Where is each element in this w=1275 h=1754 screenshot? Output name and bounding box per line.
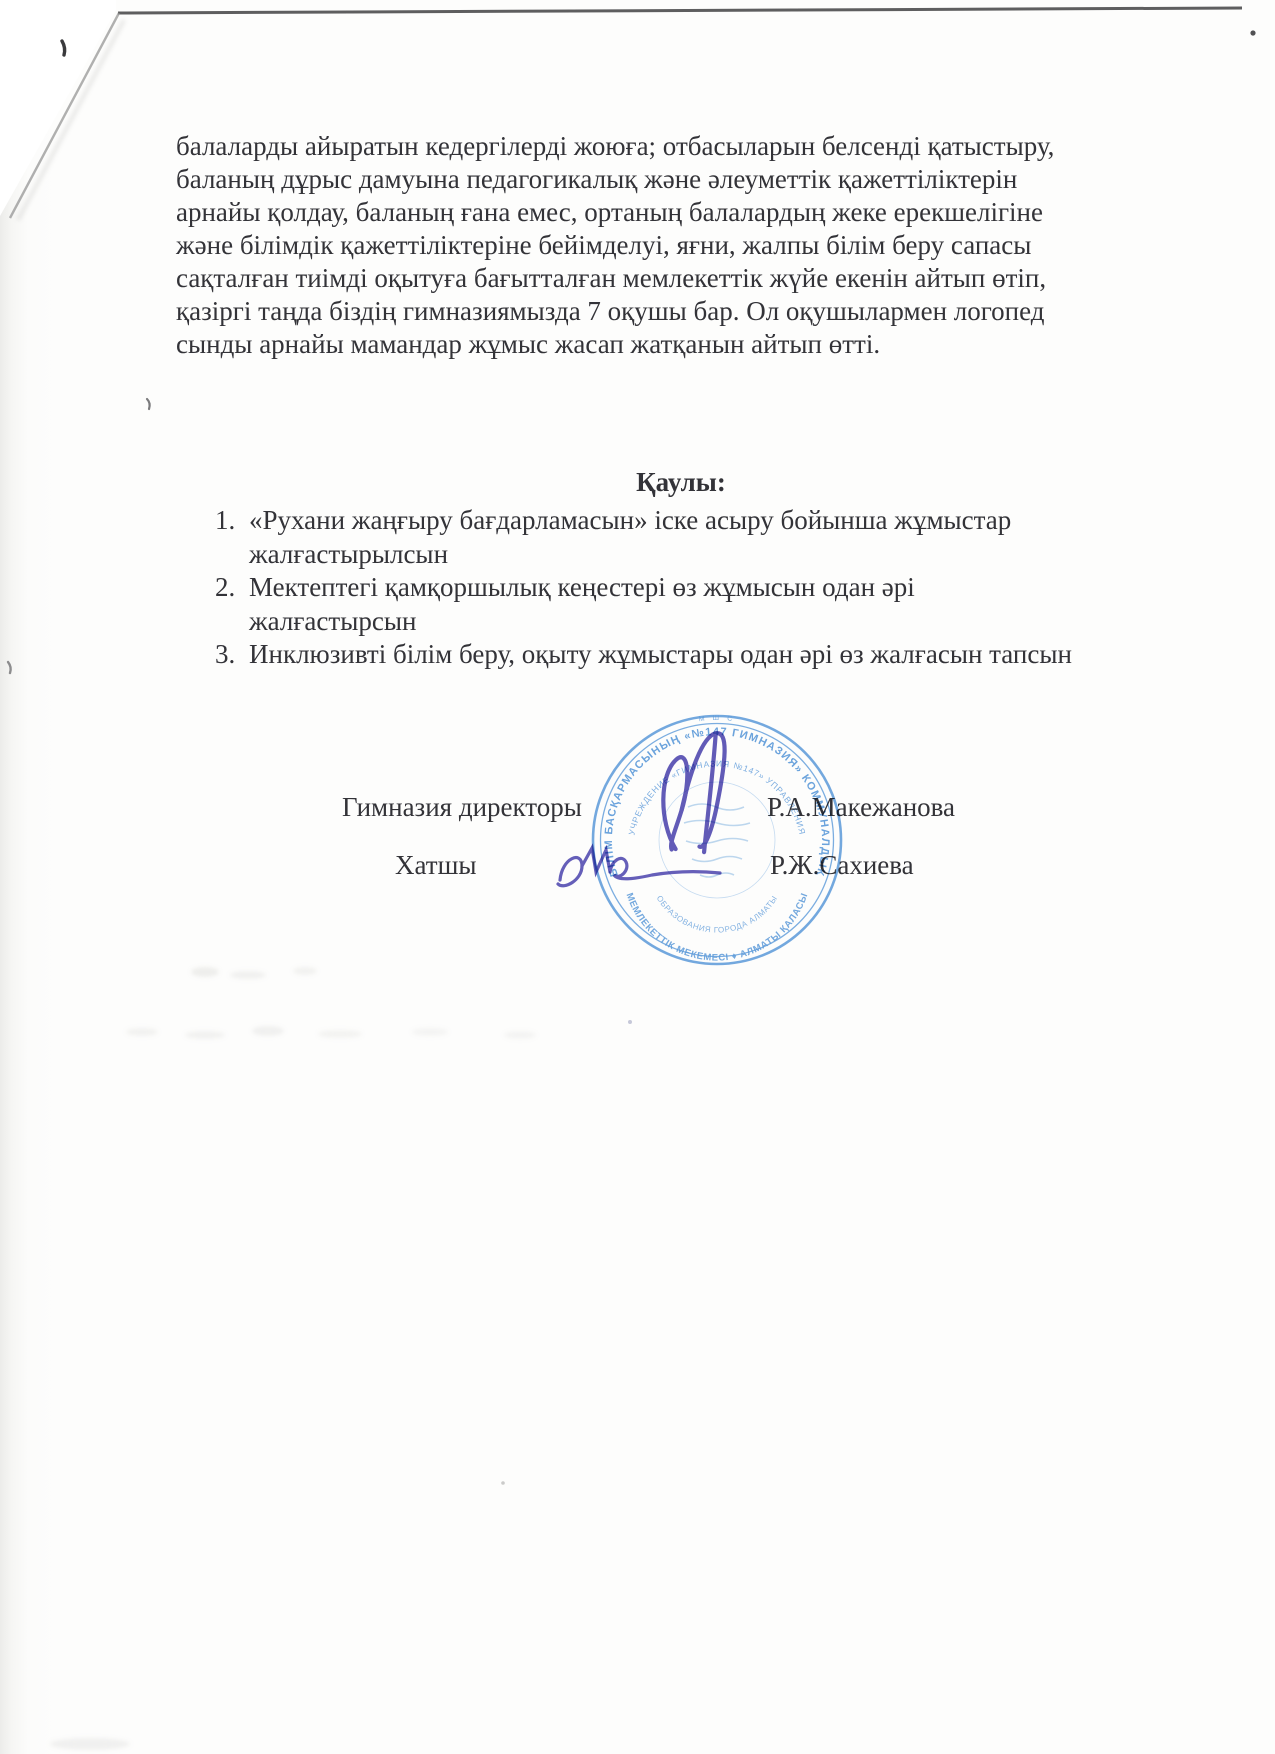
list-item: 3. Инклюзивті білім беру, оқыту жұмыстар…: [215, 638, 1072, 672]
item-number: 3.: [215, 638, 249, 672]
body-paragraph: балаларды айыратын кедергілерді жоюға; о…: [176, 130, 1054, 361]
speck-top-left: [62, 41, 65, 55]
stamp-inner-bottom-text: ОБРАЗОВАНИЯ ГОРОДА АЛМАТЫ: [655, 894, 780, 935]
speck-left-margin-1: [147, 399, 150, 409]
paragraph-line: сақталған тиімді оқытуға бағытталған мем…: [176, 262, 1054, 295]
item-line: Инклюзивті білім беру, оқыту жұмыстары о…: [249, 638, 1072, 672]
list-item: 1. «Рухани жаңғыру бағдарламасын» іске а…: [215, 504, 1072, 538]
speck-top-right: [1250, 30, 1255, 35]
item-line: Мектептегі қамқоршылық кеңестері өз жұмы…: [249, 571, 915, 605]
resolution-heading: Қаулы:: [176, 466, 1036, 499]
item-line: «Рухани жаңғыру бағдарламасын» іске асыр…: [249, 504, 1011, 538]
speck-lower-page: [501, 1481, 505, 1485]
paragraph-line: қазіргі таңда біздің гимназиямызда 7 оқу…: [176, 295, 1054, 328]
director-role-label: Гимназия директоры: [342, 792, 582, 823]
bleed-through-smudges: [50, 967, 536, 1750]
corner-fold: [0, 0, 116, 216]
speck-mid-page: [628, 1020, 632, 1024]
page-top-edge: [118, 8, 1242, 13]
fold-diagonal-line: [10, 13, 119, 218]
paragraph-line: арнайы қолдау, баланың ғана емес, ортаны…: [176, 196, 1054, 229]
item-number: 1.: [215, 504, 249, 538]
paragraph-line: баланың дұрыс дамуына педагогикалық және…: [176, 163, 1054, 196]
stamp-band-top-text: М Ш С: [698, 715, 735, 723]
secretary-role-label: Хатшы: [395, 850, 477, 881]
secretary-signature: [546, 838, 730, 900]
paragraph-line: сынды арнайы мамандар жұмыс жасап жатқан…: [176, 328, 1054, 361]
paragraph-line: және білімдік қажеттіліктеріне бейімделу…: [176, 229, 1054, 262]
list-item: 2. Мектептегі қамқоршылық кеңестері өз ж…: [215, 571, 1072, 605]
item-number: 2.: [215, 571, 249, 605]
resolution-list: 1. «Рухани жаңғыру бағдарламасын» іске а…: [215, 504, 1072, 672]
paragraph-line: балаларды айыратын кедергілерді жоюға; о…: [176, 130, 1054, 163]
item-line: жалғастырылсын: [215, 538, 1072, 572]
speck-left-margin-2: [8, 662, 11, 673]
item-line: жалғастырсын: [215, 605, 1072, 639]
scanned-document-page: балаларды айыратын кедергілерді жоюға; о…: [0, 0, 1275, 1754]
fold-diagonal-shadow: [18, 20, 124, 220]
